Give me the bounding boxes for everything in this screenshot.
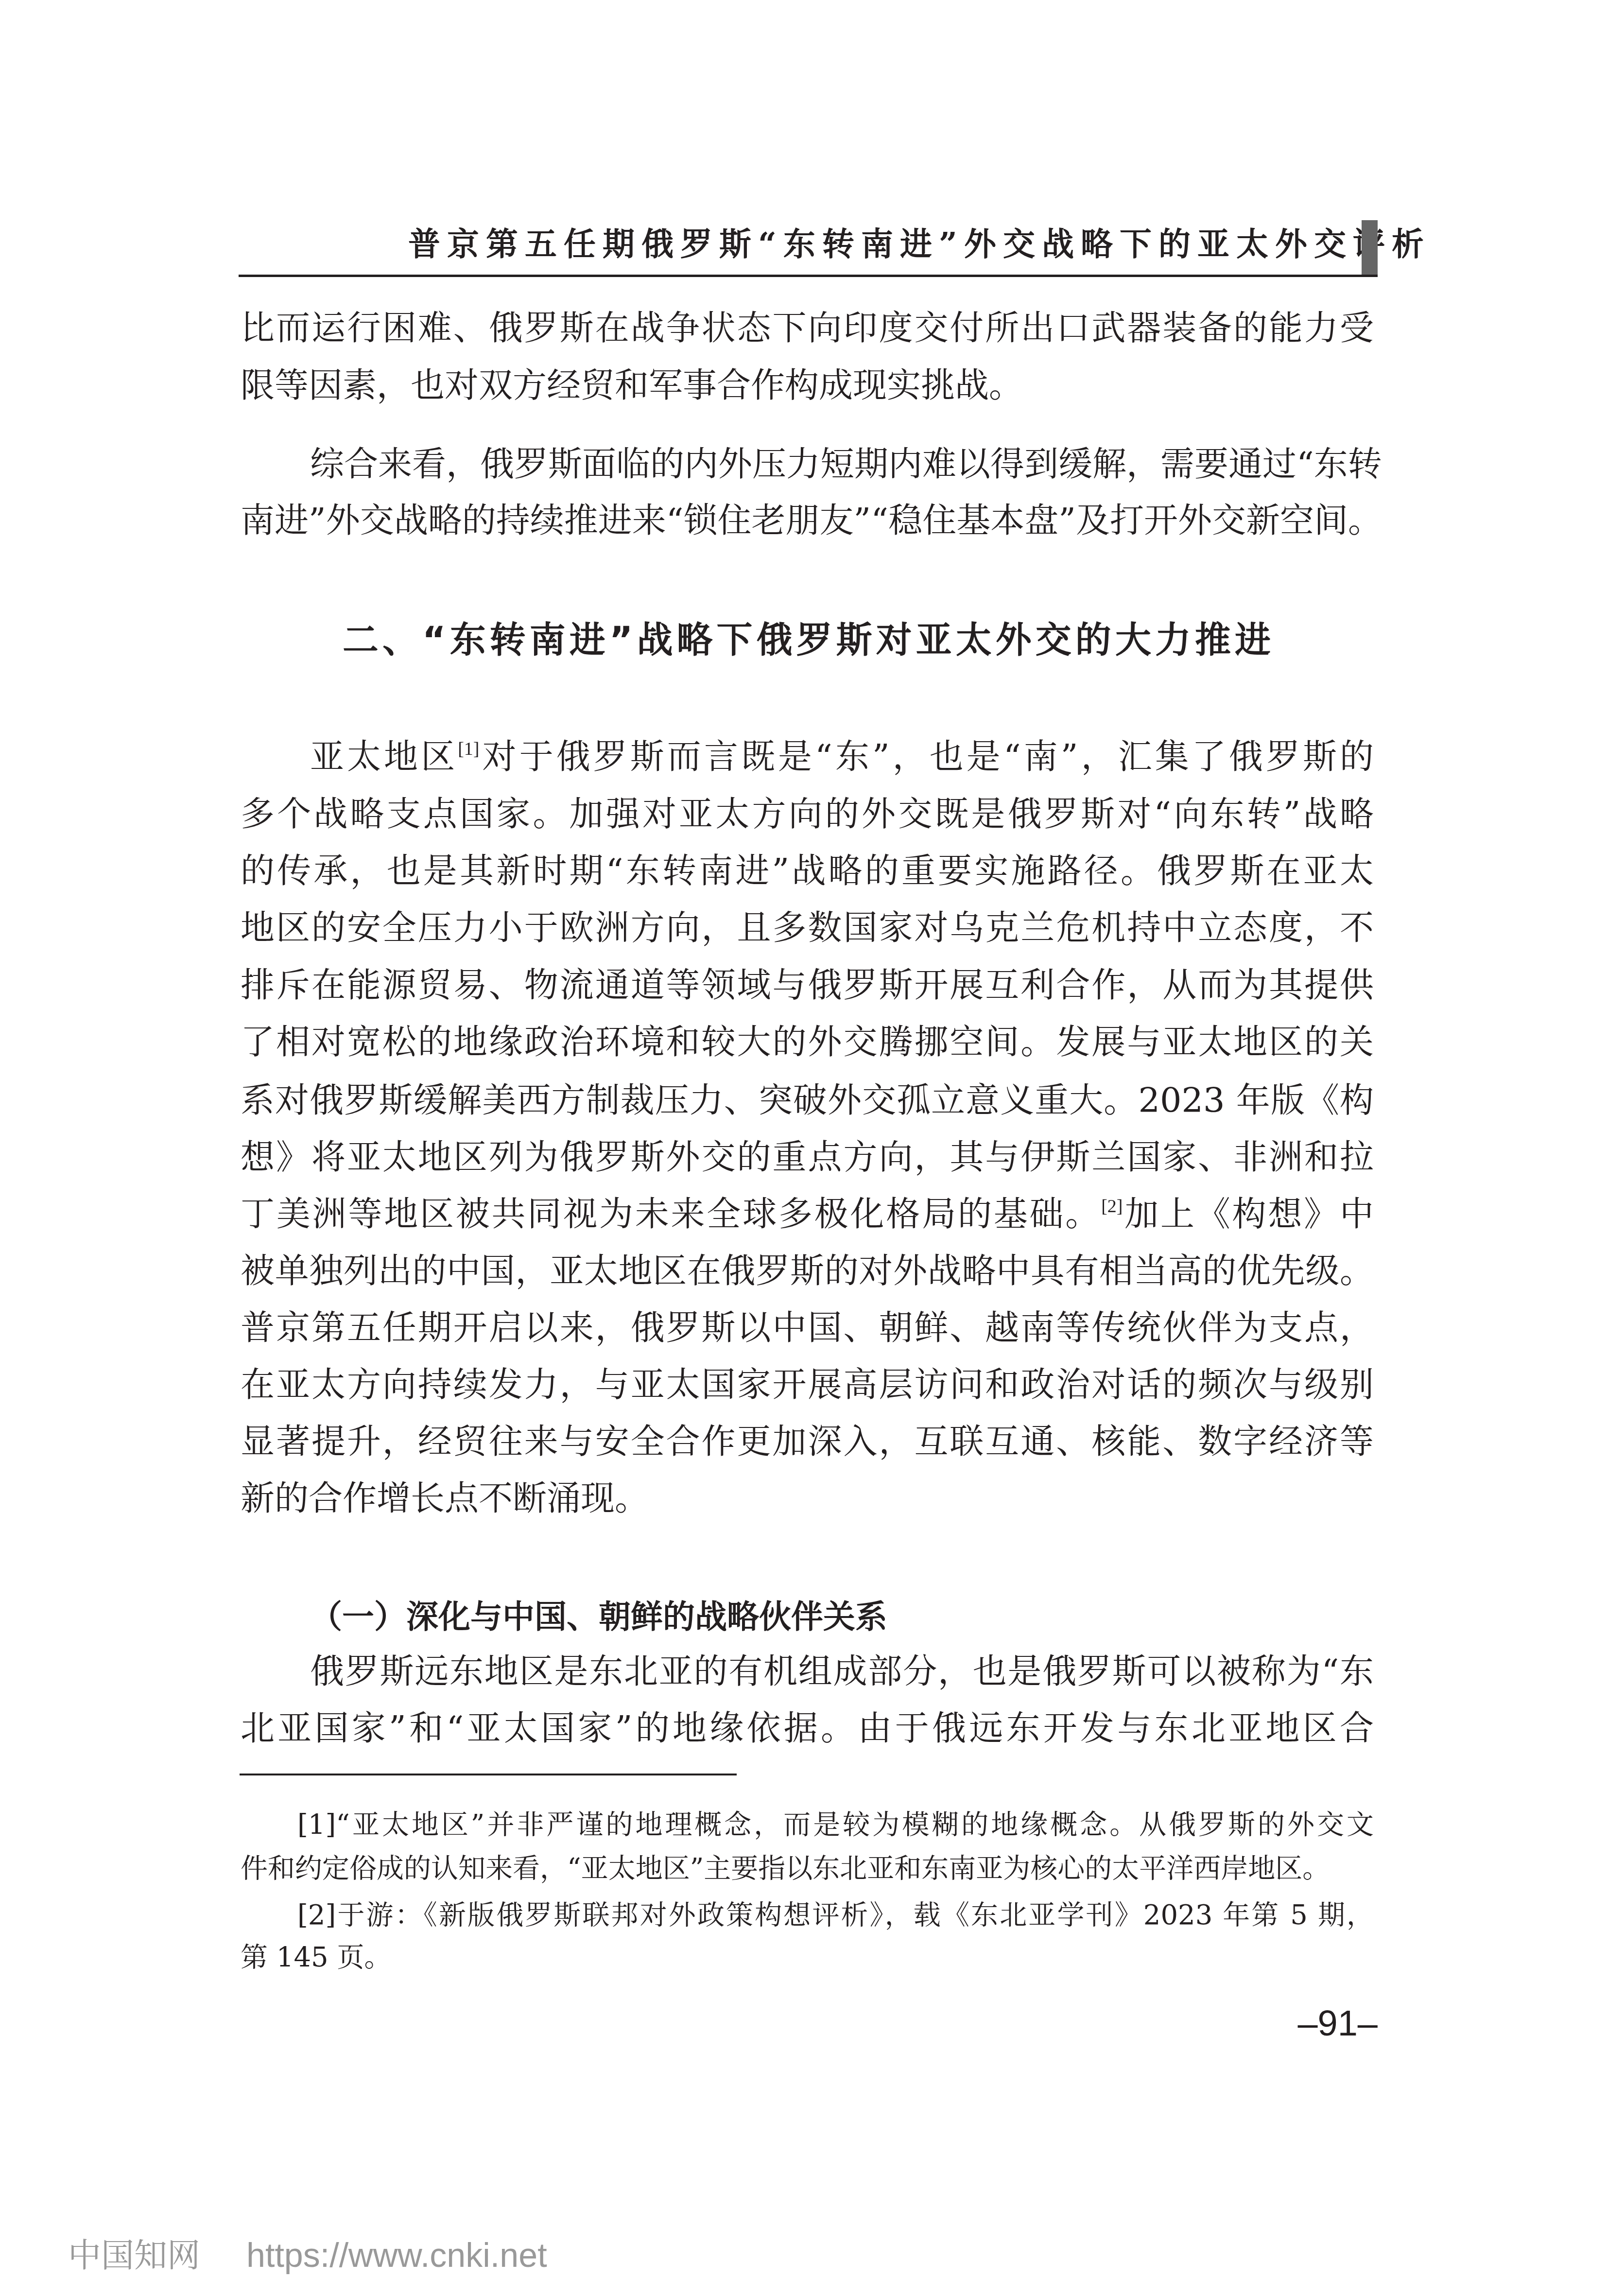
body-line: 了相对宽松的地缘政治环境和较大的外交腾挪空间。发展与亚太地区的关 [241,1013,1374,1071]
body-line: 的传承，也是其新时期“东转南进”战略的重要实施路径。俄罗斯在亚太 [241,842,1374,900]
body-line: 俄罗斯远东地区是东北亚的有机组成部分，也是俄罗斯可以被称为“东 [310,1643,1374,1700]
body-line: 在亚太方向持续发力，与亚太国家开展高层访问和政治对话的频次与级别 [241,1356,1374,1413]
body-line: 地区的安全压力小于欧洲方向，且多数国家对乌克兰危机持中立态度，不 [241,899,1374,957]
body-line: 亚太地区[1]对于俄罗斯而言既是“东”，也是“南”，汇集了俄罗斯的 [310,728,1374,785]
body-line: 排斥在能源贸易、物流通道等领域与俄罗斯开展互利合作，从而为其提供 [241,957,1374,1014]
body-line: 南进”外交战略的持续推进来“锁住老朋友”“稳住基本盘”及打开外交新空间。 [241,492,1374,549]
footnote-marker: [1] [297,1809,336,1841]
footnote-1-line: [1]“亚太地区”并非严谨的地理概念，而是较为模糊的地缘概念。从俄罗斯的外交文 [297,1803,1374,1847]
footnote-2-line: 第 145 页。 [241,1936,1374,1980]
watermark-url[interactable]: https://www.cnki.net [246,2236,547,2274]
body-line: 普京第五任期开启以来，俄罗斯以中国、朝鲜、越南等传统伙伴为支点， [241,1299,1374,1357]
body-line: 新的合作增长点不断涌现。 [241,1470,1374,1527]
body-line: 系对俄罗斯缓解美西方制裁压力、突破外交孤立意义重大。2023 年版《构 [241,1072,1374,1129]
body-text: 丁美洲等地区被共同视为未来全球多极化格局的基础。 [241,1194,1101,1234]
footnote-separator [240,1774,737,1775]
body-line: 限等因素，也对双方经贸和军事合作构成现实挑战。 [241,357,1374,414]
body-line: 显著提升，经贸往来与安全合作更加深入，互联互通、核能、数字经济等 [241,1413,1374,1470]
footnote-ref-1[interactable]: [1] [458,739,479,759]
body-line: 想》将亚太地区列为俄罗斯外交的重点方向，其与伊斯兰国家、非洲和拉 [241,1129,1374,1186]
body-line: 综合来看，俄罗斯面临的内外压力短期内难以得到缓解，需要通过“东转 [310,435,1374,493]
body-text: 对于俄罗斯而言既是“东”，也是“南”，汇集了俄罗斯的 [480,737,1374,777]
footnote-text: “亚太地区”并非严谨的地理概念，而是较为模糊的地缘概念。从俄罗斯的外交文 [336,1809,1374,1841]
body-line: 比而运行困难、俄罗斯在战争状态下向印度交付所出口武器装备的能力受 [241,299,1374,357]
cnki-watermark: 中国知网https://www.cnki.net [68,2233,547,2277]
running-header-rule [239,275,1378,277]
body-line: 丁美洲等地区被共同视为未来全球多极化格局的基础。[2]加上《构想》中 [241,1185,1374,1243]
body-text: 加上《构想》中 [1123,1194,1374,1234]
footnote-2-line: [2]于游：《新版俄罗斯联邦对外政策构想评析》，载《东北亚学刊》2023 年第 … [297,1894,1374,1937]
page-number: –91– [1244,2001,1378,2045]
body-line: 北亚国家”和“亚太国家”的地缘依据。由于俄远东开发与东北亚地区合 [241,1700,1374,1757]
running-header-title: 普京第五任期俄罗斯“东转南进”外交战略下的亚太外交评析 [408,220,1351,268]
document-page: 普京第五任期俄罗斯“东转南进”外交战略下的亚太外交评析 比而运行困难、俄罗斯在战… [0,0,1607,2296]
body-text: 亚太地区 [310,737,458,777]
footnote-ref-2[interactable]: [2] [1101,1196,1123,1217]
running-header-bar [1362,220,1378,277]
footnote-text: 于游：《新版俄罗斯联邦对外政策构想评析》，载《东北亚学刊》2023 年第 5 期… [336,1899,1374,1931]
subsection-heading: （一）深化与中国、朝鲜的战略伙伴关系 [310,1588,887,1646]
watermark-brand: 中国知网 [68,2237,200,2275]
body-line: 多个战略支点国家。加强对亚太方向的外交既是俄罗斯对“向东转”战略 [241,785,1374,843]
body-line: 被单独列出的中国，亚太地区在俄罗斯的对外战略中具有相当高的优先级。 [241,1242,1374,1300]
footnote-1-line: 件和约定俗成的认知来看，“亚太地区”主要指以东北亚和东南亚为核心的太平洋西岸地区… [241,1847,1374,1891]
footnote-marker: [2] [297,1899,336,1931]
section-heading: 二、“东转南进”战略下俄罗斯对亚太外交的大力推进 [343,613,1271,667]
